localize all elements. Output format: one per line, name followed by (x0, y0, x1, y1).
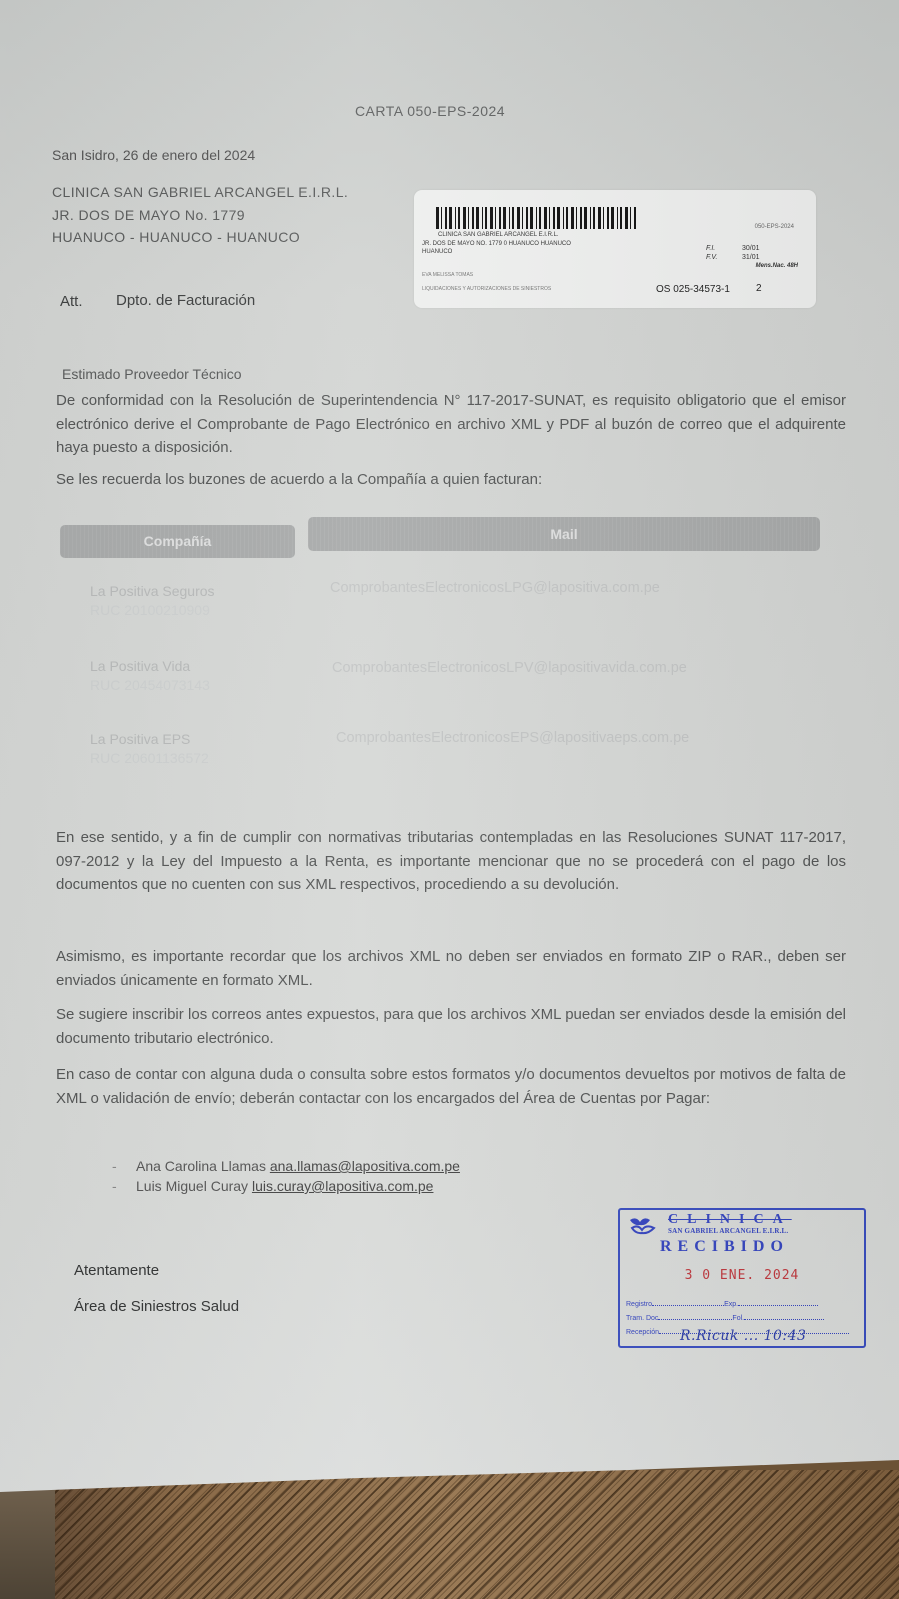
stamp-clinic-name: SAN GABRIEL ARCANGEL E.I.R.L. (668, 1227, 788, 1235)
label-pieces: 2 (756, 283, 762, 294)
label-fv-value: 31/01 (742, 254, 760, 261)
label-courier-service: Mens.Nac. 48H (756, 263, 798, 269)
wooden-table-background (0, 1470, 899, 1599)
contact-email-link[interactable]: luis.curay@lapositiva.com.pe (252, 1178, 434, 1194)
company-mail[interactable]: ComprobantesElectronicosEPS@lapositivaep… (336, 730, 689, 746)
paragraph-contact: En caso de contar con alguna duda o cons… (56, 1063, 846, 1110)
received-stamp: CLINICA SAN GABRIEL ARCANGEL E.I.R.L. RE… (618, 1208, 866, 1348)
company-ruc: RUC 20601136572 (90, 750, 209, 766)
letter-page: CARTA 050-EPS-2024 San Isidro, 26 de ene… (0, 0, 899, 1492)
company-name: La Positiva Seguros (90, 583, 215, 599)
stamp-handwritten-note: R.Ricuk ... 10:43 (680, 1328, 806, 1344)
paragraph-xml-requirement: En ese sentido, y a fin de cumplir con n… (56, 826, 846, 897)
recipient-city: HUANUCO - HUANUCO - HUANUCO (52, 229, 300, 245)
stamp-field-registro: RegistroExp. (626, 1300, 818, 1308)
letter-date: San Isidro, 26 de enero del 2024 (52, 147, 255, 163)
contact-name: Ana Carolina Llamas (136, 1158, 266, 1174)
label-fi-label: F.I. (706, 245, 715, 252)
field-label: Tram. Doc (626, 1315, 658, 1322)
att-department: Dpto. de Facturación (116, 292, 255, 309)
closing: Atentamente (74, 1262, 159, 1279)
contact-name: Luis Miguel Curay (136, 1178, 248, 1194)
company-ruc: RUC 20100210909 (90, 602, 210, 618)
shipping-label: 050-EPS-2024 CLINICA SAN GABRIEL ARCANGE… (414, 190, 816, 308)
stamp-title: RECIBIDO (660, 1238, 789, 1256)
paragraph-zip-format: Asimismo, es importante recordar que los… (56, 945, 846, 992)
label-fi-value: 30/01 (742, 245, 760, 252)
recipient-address: JR. DOS DE MAYO No. 1779 (52, 207, 245, 223)
label-tracking-number: OS 025-34573-1 (656, 284, 730, 295)
company-mail[interactable]: ComprobantesElectronicosLPV@lapositivavi… (332, 660, 687, 676)
label-sender-area: LIQUIDACIONES Y AUTORIZACIONES DE SINIES… (422, 286, 551, 292)
contact-item: -Luis Miguel Curay luis.curay@lapositiva… (112, 1178, 433, 1194)
column-header-mail: Mail (308, 517, 820, 551)
stamp-date: 3 0 ENE. 2024 (620, 1268, 864, 1283)
bullet-dash: - (112, 1178, 136, 1194)
column-header-company: Compañía (60, 525, 295, 558)
field-label: Registro (626, 1301, 652, 1308)
barcode-icon (436, 207, 636, 229)
stamp-field-tram: Tram. DocFol. (626, 1314, 824, 1322)
recipient-name: CLINICA SAN GABRIEL ARCANGEL E.I.R.L. (52, 184, 348, 200)
greeting: Estimado Proveedor Técnico (62, 366, 242, 382)
field-label: Recepción (626, 1329, 659, 1336)
contact-item: -Ana Carolina Llamas ana.llamas@lapositi… (112, 1158, 460, 1174)
table-edge (0, 1490, 55, 1599)
stamp-clinic: CLINICA (668, 1212, 792, 1228)
clinic-logo-icon (628, 1216, 662, 1236)
label-city: HUANUCO (422, 249, 452, 255)
company-name: La Positiva Vida (90, 658, 190, 674)
company-ruc: RUC 20454073143 (90, 677, 210, 693)
label-reference: 050-EPS-2024 (755, 224, 794, 230)
label-address: JR. DOS DE MAYO NO. 1779 0 HUANUCO HUANU… (422, 241, 571, 247)
field-label: Fol. (732, 1315, 744, 1322)
field-label: Exp. (724, 1301, 738, 1308)
bullet-dash: - (112, 1158, 136, 1174)
label-recipient: CLINICA SAN GABRIEL ARCANGEL E.I.R.L. (438, 232, 559, 238)
paragraph-resolution: De conformidad con la Resolución de Supe… (56, 389, 846, 460)
contact-email-link[interactable]: ana.llamas@lapositiva.com.pe (270, 1158, 460, 1174)
label-fv-label: F.V. (706, 254, 717, 261)
letter-reference: CARTA 050-EPS-2024 (0, 103, 860, 119)
att-label: Att. (60, 293, 83, 310)
paragraph-mailbox-intro: Se les recuerda los buzones de acuerdo a… (56, 468, 846, 492)
label-sender-person: EVA MELISSA TOMAS (422, 272, 473, 278)
company-mail[interactable]: ComprobantesElectronicosLPG@lapositiva.c… (330, 580, 660, 596)
signature-department: Área de Siniestros Salud (74, 1298, 239, 1315)
company-name: La Positiva EPS (90, 731, 190, 747)
paragraph-register-emails: Se sugiere inscribir los correos antes e… (56, 1003, 846, 1050)
